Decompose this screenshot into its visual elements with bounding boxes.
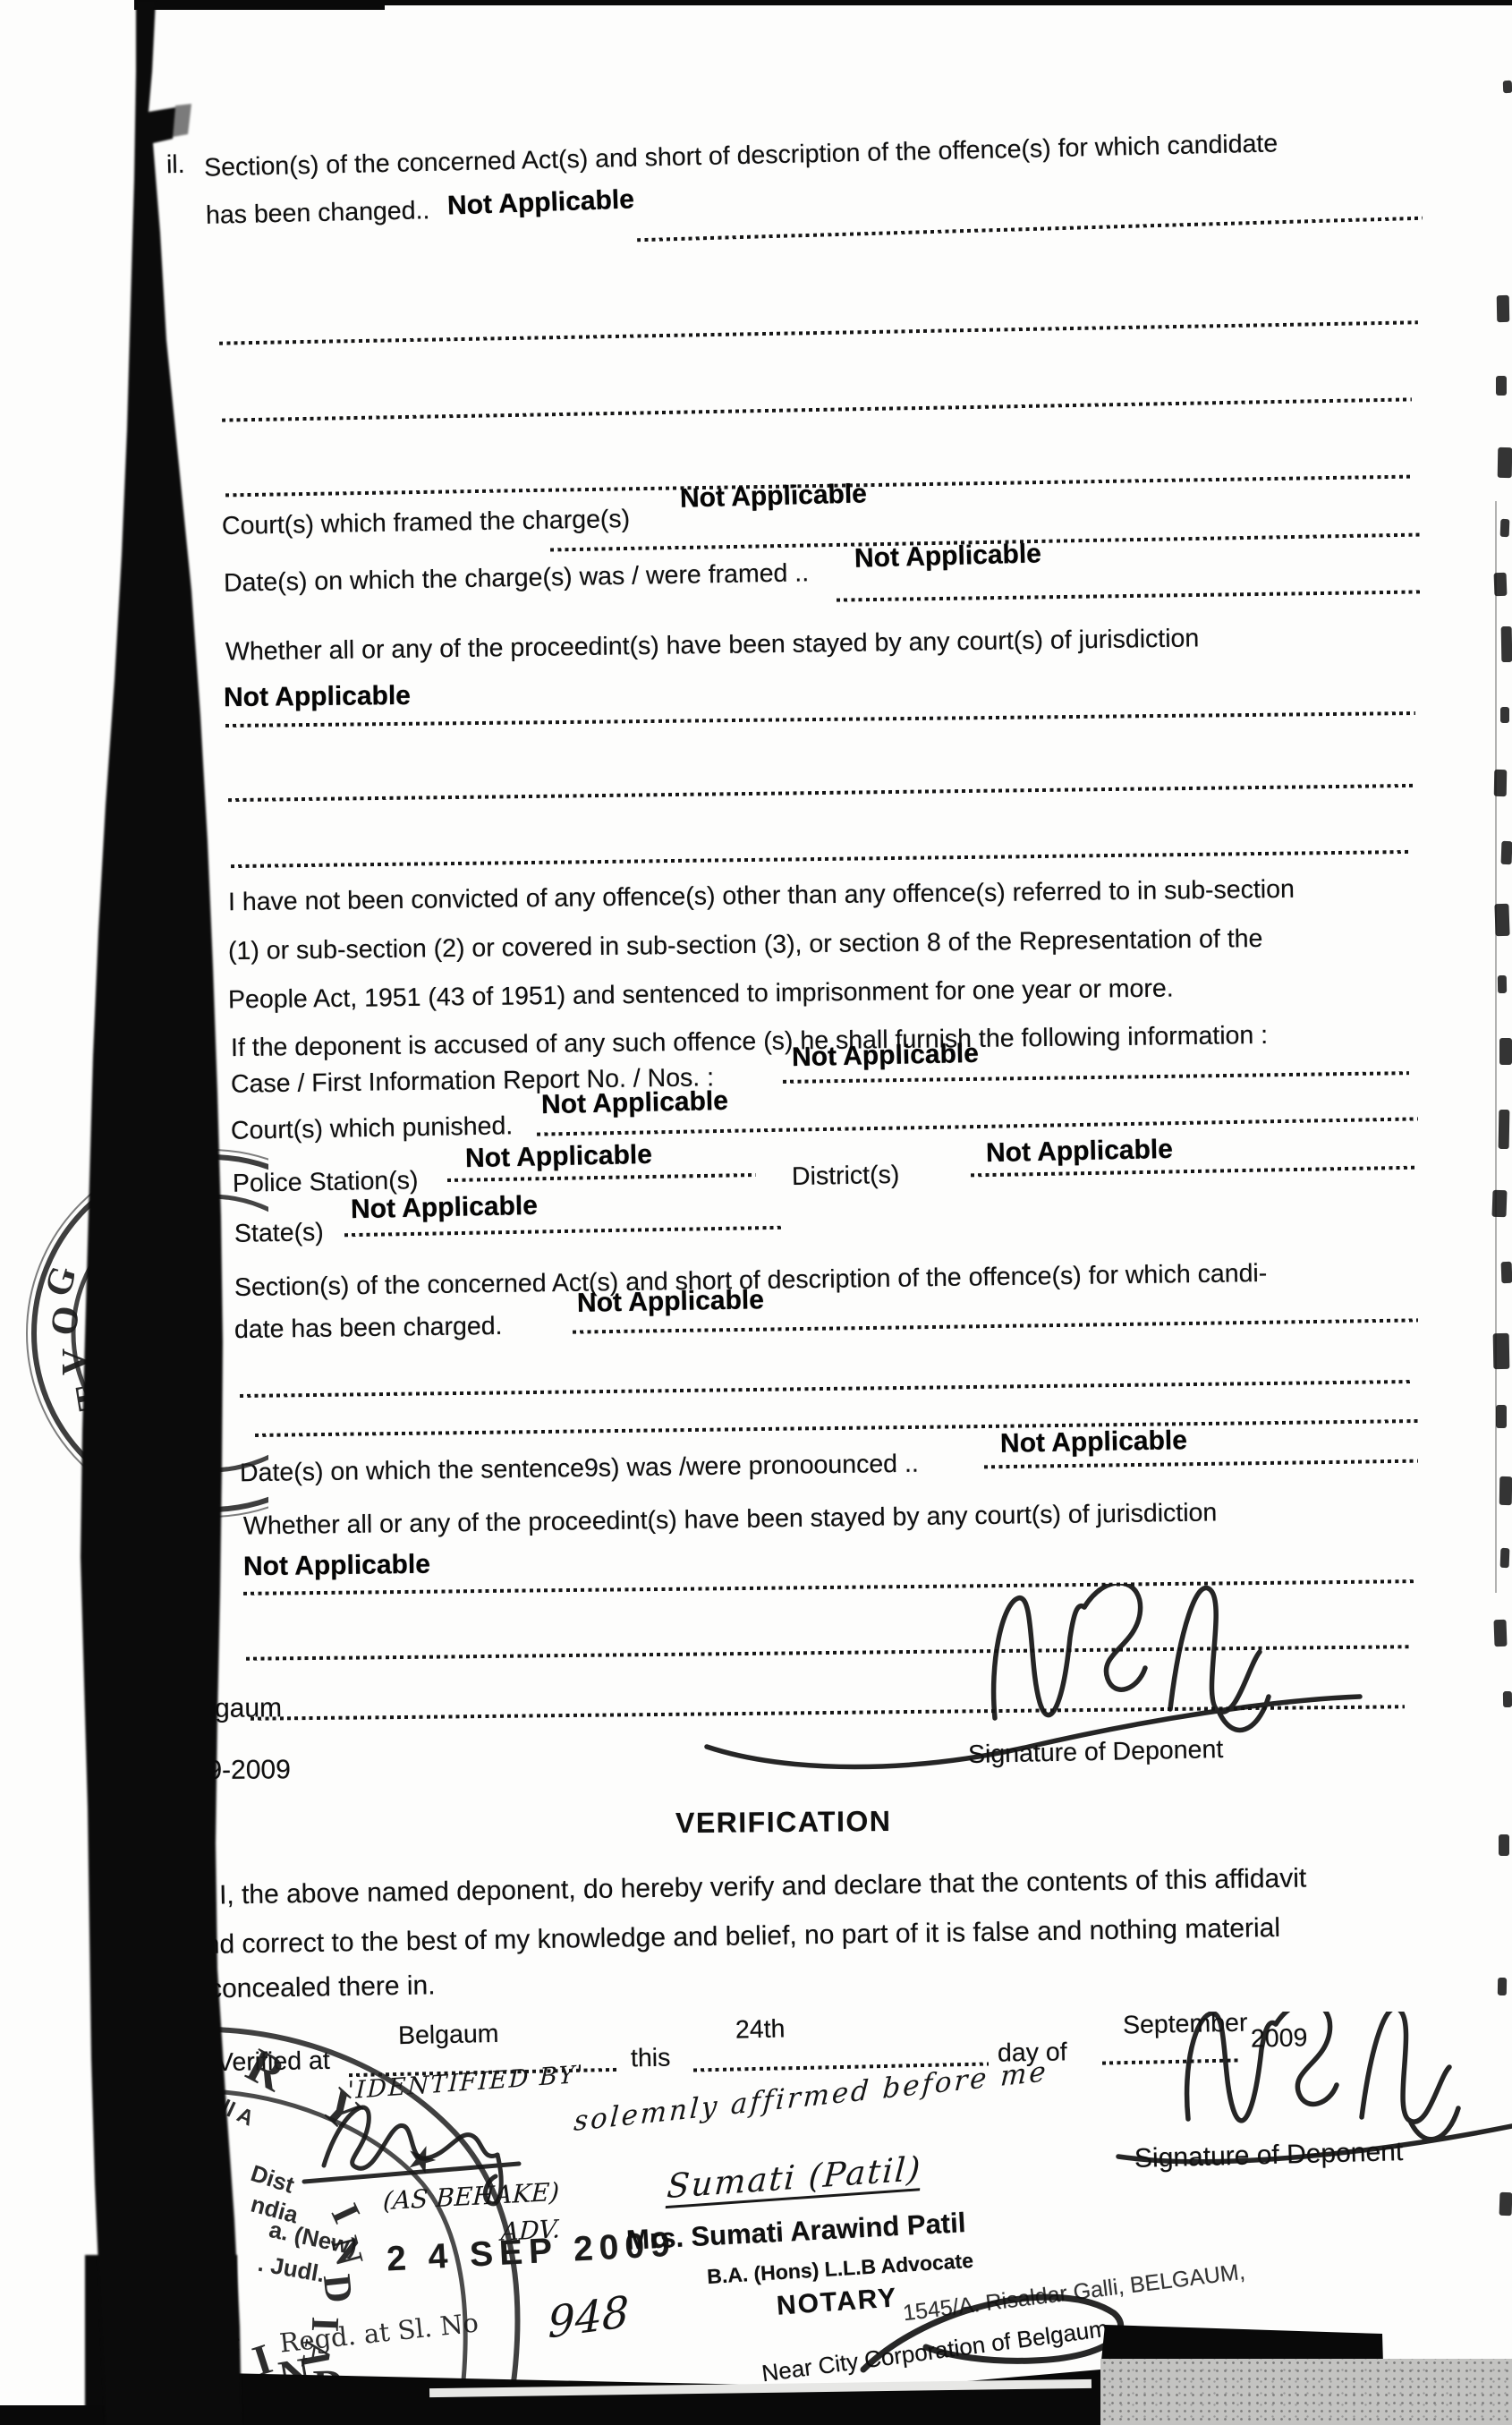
- scan-edge-speck: [1491, 1190, 1507, 1218]
- stayed-question-2: Whether all or any of the proceedint(s) …: [243, 1498, 1218, 1541]
- scan-edge-speck: [1498, 975, 1507, 993]
- dotted-line: [222, 397, 1412, 421]
- this-word: this: [631, 2044, 671, 2074]
- scan-edge-speck: [1501, 626, 1512, 662]
- scan-edge-speck: [1496, 376, 1507, 396]
- dotted-line: [225, 711, 1415, 727]
- scan-fold-line: [1495, 501, 1497, 1593]
- not-applicable-value: Not Applicable: [854, 539, 1042, 574]
- sentence-date-label: Date(s) on which the sentence9s) was /we…: [240, 1450, 919, 1489]
- scan-edge-speck: [1501, 1262, 1512, 1283]
- not-applicable-value: Not Applicable: [680, 479, 868, 514]
- scan-edge-speck: [1499, 1110, 1510, 1149]
- not-applicable-value: Not Applicable: [541, 1086, 729, 1120]
- scan-edge-speck: [1493, 1620, 1507, 1646]
- dotted-line: [783, 1071, 1409, 1084]
- scan-edge-speck: [1494, 770, 1508, 796]
- not-applicable-value: Not Applicable: [986, 1135, 1174, 1169]
- scan-edge-speck: [1494, 573, 1508, 596]
- dotted-line: [255, 1419, 1418, 1437]
- verification-line2: true and correct to the best of my knowl…: [136, 1913, 1280, 1961]
- verified-day-value: 24th: [735, 2014, 786, 2045]
- dotted-line: [537, 1117, 1418, 1136]
- scan-edge-speck: [1499, 1038, 1512, 1065]
- scan-edge-speck: [1500, 707, 1509, 723]
- conviction-para-line3: People Act, 1951 (43 of 1951) and senten…: [228, 974, 1174, 1016]
- deponent-signature: [680, 1584, 1396, 1799]
- stayed-question: Whether all or any of the proceedint(s) …: [225, 624, 1200, 667]
- not-applicable-value: Not Applicable: [1000, 1425, 1187, 1459]
- scan-bottom-right-noise: [1100, 2359, 1512, 2425]
- not-applicable-value: Not Applicable: [446, 184, 634, 221]
- scan-edge-speck: [1500, 1548, 1510, 1568]
- verification-title: VERIFICATION: [675, 1805, 892, 1840]
- dotted-line: [344, 1226, 783, 1238]
- not-applicable-value: Not Applicable: [351, 1191, 539, 1225]
- scan-edge-speck: [1501, 841, 1512, 864]
- dates-framed-label: Date(s) on which the charge(s) was / wer…: [224, 558, 810, 598]
- not-applicable-value: Not Applicable: [465, 1140, 653, 1174]
- dotted-line: [447, 1173, 756, 1182]
- scan-edge-speck: [1494, 904, 1509, 937]
- scan-edge-speck: [1493, 1333, 1510, 1369]
- conviction-para-line1: I have not been convicted of any offence…: [228, 875, 1295, 918]
- notary-signature-handwriting: Sumati (Patil): [666, 2149, 923, 2208]
- verification-line1: I, the above named deponent, do hereby v…: [219, 1863, 1307, 1910]
- dotted-line: [637, 217, 1423, 242]
- identifier-signature: [286, 2076, 555, 2228]
- scan-edge-speck: [1498, 1978, 1507, 1995]
- deponent-signature-2: [1109, 2012, 1512, 2200]
- dotted-line: [573, 1318, 1418, 1333]
- scan-edge-speck: [1497, 295, 1510, 322]
- district-label: District(s): [792, 1161, 900, 1192]
- notary-name: Mrs. Sumati Arawind Patil: [625, 2207, 966, 2257]
- scanned-affidavit-page: G O V T O ★ Re 5/( R Y ★ I N D I A F I N…: [0, 0, 1512, 2425]
- not-applicable-value: Not Applicable: [792, 1039, 980, 1073]
- scan-edge-speck: [1496, 1405, 1507, 1428]
- scan-edge-speck: [1498, 447, 1512, 478]
- scan-left-band: [0, 0, 286, 2425]
- dotted-line: [837, 590, 1423, 601]
- dotted-line: [231, 850, 1412, 868]
- dotted-line: [984, 1459, 1418, 1469]
- deponent-accused-line: If the deponent is accused of any such o…: [231, 1021, 1268, 1063]
- not-applicable-value: Not Applicable: [577, 1285, 764, 1319]
- scan-edge-speck: [1500, 519, 1510, 537]
- scan-edge-speck: [1503, 1691, 1512, 1707]
- dotted-line: [240, 1380, 1412, 1398]
- dotted-line: [228, 784, 1414, 802]
- charges-section-line1: Section(s) of the concerned Act(s) and s…: [204, 129, 1278, 183]
- scan-edge-speck: [1499, 1476, 1512, 1505]
- scan-edge-speck: [1503, 81, 1512, 93]
- scan-edge-speck: [1499, 1834, 1509, 1856]
- conviction-para-line2: (1) or sub-section (2) or covered in sub…: [228, 924, 1263, 966]
- dotted-line: [219, 320, 1418, 345]
